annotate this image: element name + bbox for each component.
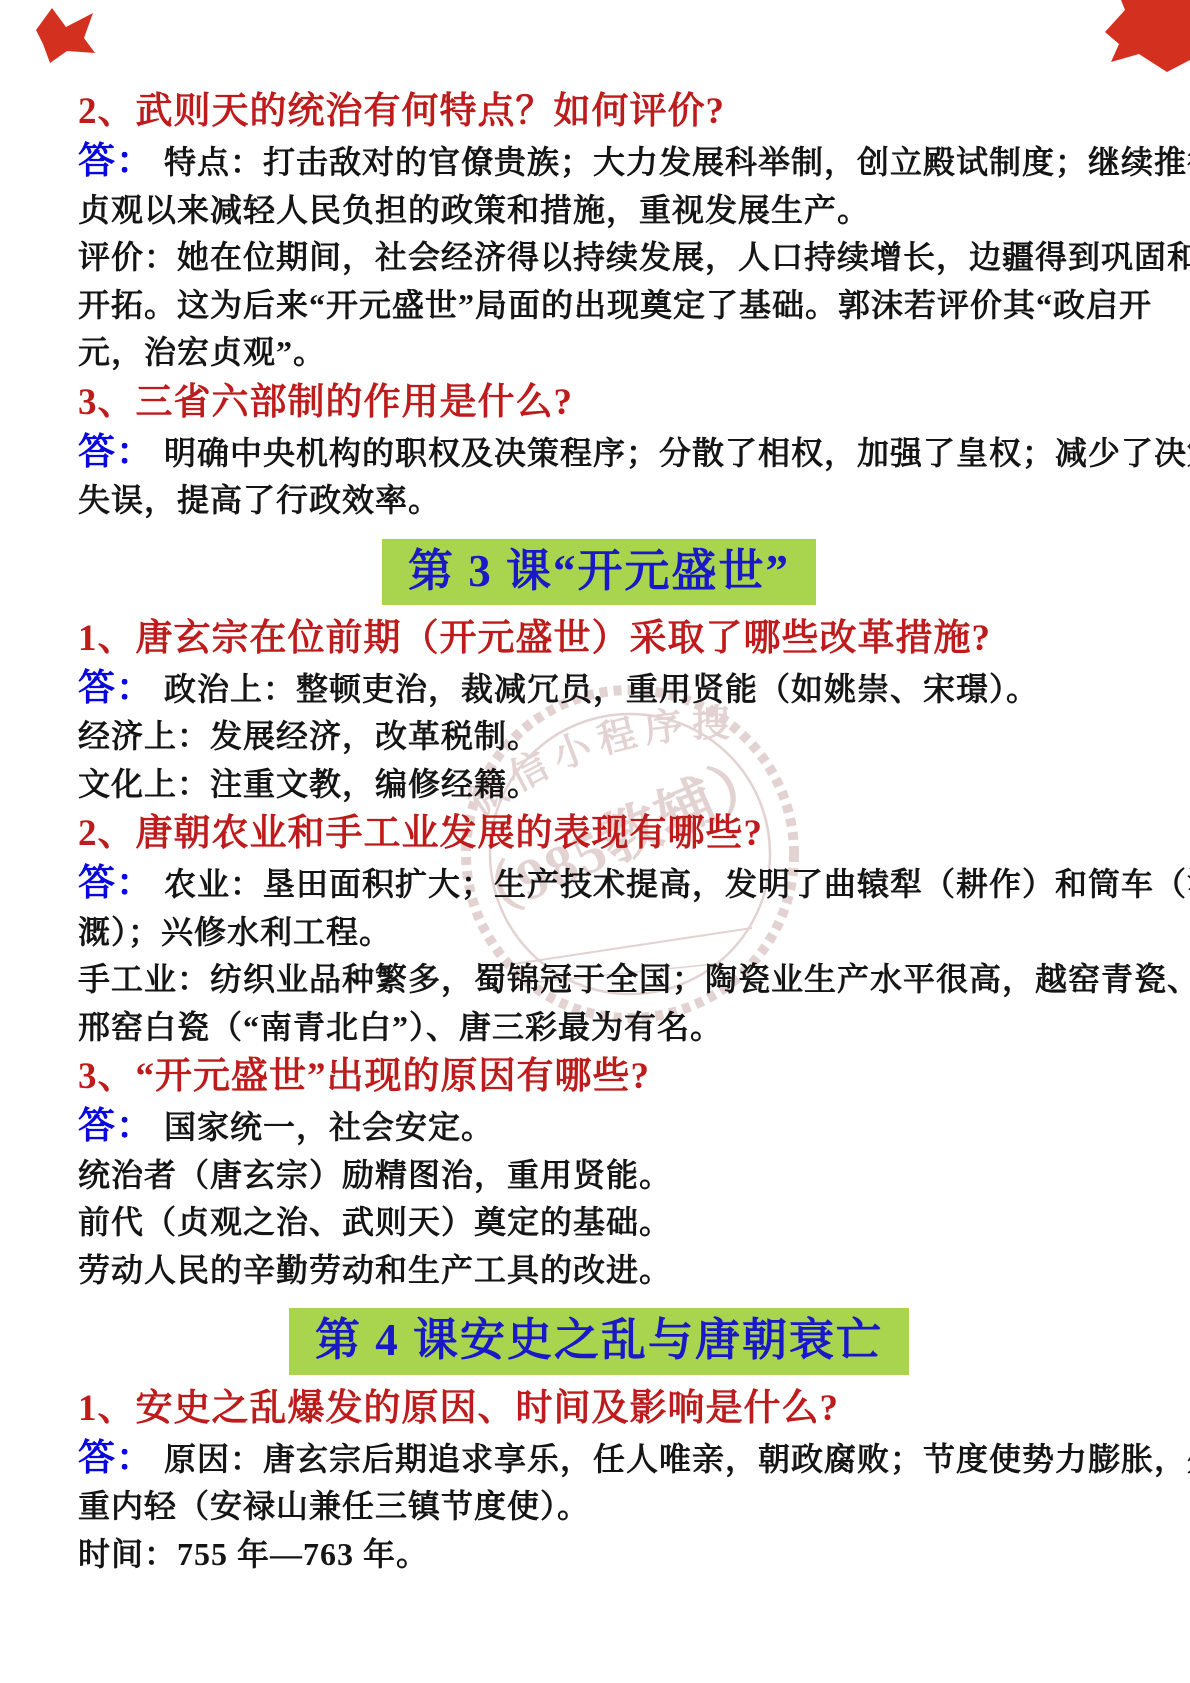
question-heading: 1、安史之乱爆发的原因、时间及影响是什么? bbox=[78, 1383, 1120, 1435]
red-corner-decoration-left-icon bbox=[0, 0, 120, 80]
body-line: 开拓。这为后来“开元盛世”局面的出现奠定了基础。郭沫若评价其“政启开 bbox=[78, 282, 1120, 330]
body-line: 统治者（唐玄宗）励精图治，重用贤能。 bbox=[78, 1152, 1120, 1200]
answer-line: 答：政治上：整顿吏治，裁减冗员，重用贤能（如姚崇、宋璟）。 bbox=[78, 665, 1120, 714]
body-line: 前代（贞观之治、武则天）奠定的基础。 bbox=[78, 1199, 1120, 1247]
body-line: 评价：她在位期间，社会经济得以持续发展，人口持续增长，边疆得到巩固和 bbox=[78, 234, 1120, 282]
section-title-wrapper: 第 3 课“开元盛世” bbox=[78, 539, 1120, 605]
body-line: 邢窑白瓷（“南青北白”）、唐三彩最为有名。 bbox=[78, 1004, 1120, 1052]
question-heading: 3、三省六部制的作用是什么? bbox=[78, 377, 1120, 429]
answer-text: 特点：打击敌对的官僚贵族；大力发展科举制，创立殿试制度；继续推行 bbox=[164, 144, 1190, 180]
section-title-banner-lesson4: 第 4 课安史之乱与唐朝衰亡 bbox=[289, 1308, 909, 1374]
question-heading: 2、武则天的统治有何特点？如何评价? bbox=[78, 86, 1120, 138]
answer-line: 答：特点：打击敌对的官僚贵族；大力发展科举制，创立殿试制度；继续推行 bbox=[78, 138, 1120, 187]
answer-prefix: 答： bbox=[78, 1438, 154, 1479]
answer-line: 答：农业：垦田面积扩大；生产技术提高，发明了曲辕犁（耕作）和筒车（灌 bbox=[78, 860, 1120, 909]
answer-prefix: 答： bbox=[78, 141, 154, 182]
red-corner-decoration-right-icon bbox=[1095, 0, 1190, 80]
body-line: 元，治宏贞观”。 bbox=[78, 329, 1120, 377]
question-heading: 2、唐朝农业和手工业发展的表现有哪些? bbox=[78, 808, 1120, 860]
answer-text: 国家统一，社会安定。 bbox=[164, 1109, 494, 1145]
answer-line: 答：原因：唐玄宗后期追求享乐，任人唯亲，朝政腐败；节度使势力膨胀，外 bbox=[78, 1435, 1120, 1484]
answer-prefix: 答： bbox=[78, 863, 154, 904]
answer-prefix: 答： bbox=[78, 432, 154, 473]
answer-prefix: 答： bbox=[78, 668, 154, 709]
section-title-wrapper: 第 4 课安史之乱与唐朝衰亡 bbox=[78, 1308, 1120, 1374]
answer-text: 原因：唐玄宗后期追求享乐，任人唯亲，朝政腐败；节度使势力膨胀，外 bbox=[164, 1441, 1190, 1477]
body-line: 时间：755 年—763 年。 bbox=[78, 1531, 1120, 1579]
answer-line: 答：明确中央机构的职权及决策程序；分散了相权，加强了皇权；减少了决策 bbox=[78, 429, 1120, 478]
answer-prefix: 答： bbox=[78, 1106, 154, 1147]
answer-text: 农业：垦田面积扩大；生产技术提高，发明了曲辕犁（耕作）和筒车（灌 bbox=[164, 866, 1190, 902]
body-line: 文化上：注重文教，编修经籍。 bbox=[78, 761, 1120, 809]
question-heading: 3、“开元盛世”出现的原因有哪些? bbox=[78, 1051, 1120, 1103]
body-line: 经济上：发展经济，改革税制。 bbox=[78, 713, 1120, 761]
document-page: 微信小程序搜 （985教辅） 2、武则天的统治有何特点？如何评价? 答：特点：打… bbox=[0, 0, 1190, 1683]
question-heading: 1、唐玄宗在位前期（开元盛世）采取了哪些改革措施? bbox=[78, 613, 1120, 665]
body-line: 手工业：纺织业品种繁多，蜀锦冠于全国；陶瓷业生产水平很高，越窑青瓷、 bbox=[78, 956, 1120, 1004]
body-line: 失误，提高了行政效率。 bbox=[78, 477, 1120, 525]
answer-line: 答：国家统一，社会安定。 bbox=[78, 1103, 1120, 1152]
answer-text: 明确中央机构的职权及决策程序；分散了相权，加强了皇权；减少了决策 bbox=[164, 435, 1190, 471]
section-title-banner-lesson3: 第 3 课“开元盛世” bbox=[382, 539, 816, 605]
body-line: 重内轻（安禄山兼任三镇节度使）。 bbox=[78, 1483, 1120, 1531]
body-line: 劳动人民的辛勤劳动和生产工具的改进。 bbox=[78, 1247, 1120, 1295]
document-content: 2、武则天的统治有何特点？如何评价? 答：特点：打击敌对的官僚贵族；大力发展科举… bbox=[78, 86, 1120, 1578]
body-line: 溉）；兴修水利工程。 bbox=[78, 909, 1120, 957]
body-line: 贞观以来减轻人民负担的政策和措施，重视发展生产。 bbox=[78, 187, 1120, 235]
answer-text: 政治上：整顿吏治，裁减冗员，重用贤能（如姚崇、宋璟）。 bbox=[164, 671, 1039, 707]
